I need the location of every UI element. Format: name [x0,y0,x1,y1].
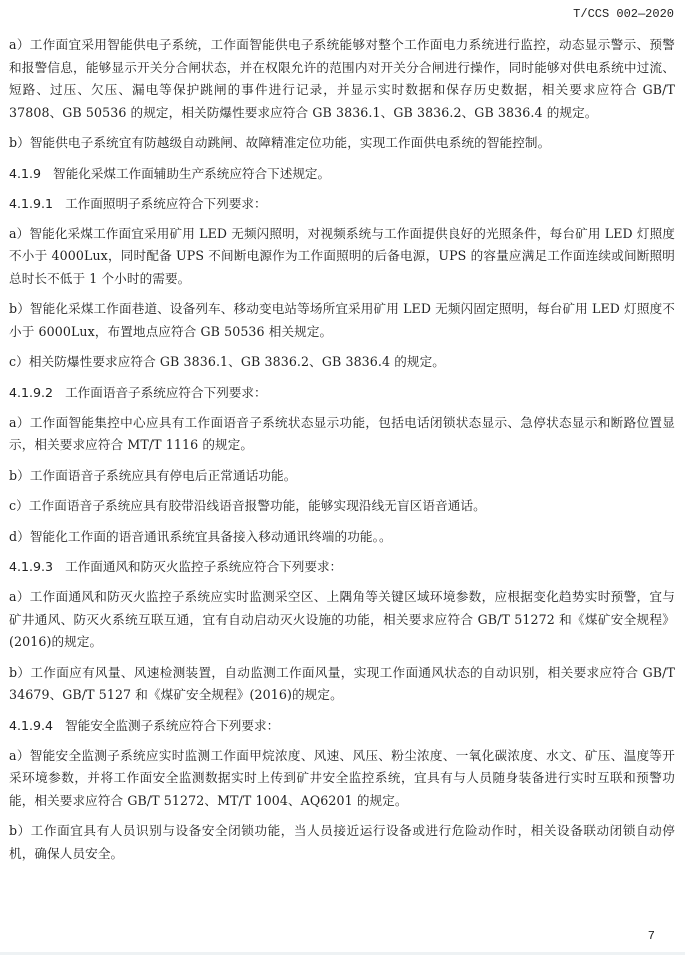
paragraph: b）智能供电子系统宜有防越级自动跳闸、故障精准定位功能，实现工作面供电系统的智能… [9,132,675,155]
paragraph: a）智能化采煤工作面宜采用矿用 LED 无频闪照明，对视频系统与工作面提供良好的… [9,223,675,291]
section-title: 工作面语音子系统应符合下列要求： [65,385,267,400]
document-body: a）工作面宜采用智能供电子系统，工作面智能供电子系统能够对整个工作面电力系统进行… [9,34,675,873]
section-number: 4.1.9.1 [9,193,53,215]
document-code: T/CCS 002—2020 [573,7,674,21]
section-number: 4.1.9.2 [9,382,53,404]
section-heading: 4.1.9.4智能安全监测子系统应符合下列要求： [9,715,675,737]
paragraph: a）智能安全监测子系统应实时监测工作面甲烷浓度、风速、风压、粉尘浓度、一氧化碳浓… [9,745,675,813]
paragraph: c）相关防爆性要求应符合 GB 3836.1、GB 3836.2、GB 3836… [9,351,675,374]
section-heading: 4.1.9智能化采煤工作面辅助生产系统应符合下述规定。 [9,163,675,185]
paragraph: a）工作面宜采用智能供电子系统，工作面智能供电子系统能够对整个工作面电力系统进行… [9,34,675,124]
paragraph: b）智能化采煤工作面巷道、设备列车、移动变电站等场所宜采用矿用 LED 无频闪固… [9,298,675,343]
section-title: 智能化采煤工作面辅助生产系统应符合下述规定。 [53,166,330,181]
section-title: 工作面通风和防灭火监控子系统应符合下列要求： [65,559,342,574]
section-heading: 4.1.9.1工作面照明子系统应符合下列要求： [9,193,675,215]
paragraph: d）智能化工作面的语音通讯系统宜具备接入移动通讯终端的功能。。 [9,526,675,549]
section-number: 4.1.9.4 [9,715,53,737]
section-heading: 4.1.9.3工作面通风和防灭火监控子系统应符合下列要求： [9,556,675,578]
paragraph: a）工作面智能集控中心应具有工作面语音子系统状态显示功能，包括电话闭锁状态显示、… [9,412,675,457]
paragraph: a）工作面通风和防灭火监控子系统应实时监测采空区、上隅角等关键区域环境参数，应根… [9,586,675,654]
page-number: 7 [648,929,655,943]
paragraph: c）工作面语音子系统应具有胶带沿线语音报警功能，能够实现沿线无盲区语音通话。 [9,495,675,518]
section-title: 工作面照明子系统应符合下列要求： [65,196,267,211]
paragraph: b）工作面语音子系统应具有停电后正常通话功能。 [9,465,675,488]
section-number: 4.1.9.3 [9,556,53,578]
paragraph: b）工作面宜具有人员识别与设备安全闭锁功能，当人员接近运行设备或进行危险动作时，… [9,820,675,865]
section-title: 智能安全监测子系统应符合下列要求： [65,718,279,733]
paragraph: b）工作面应有风量、风速检测装置，自动监测工作面风量，实现工作面通风状态的自动识… [9,662,675,707]
section-number: 4.1.9 [9,163,41,185]
section-heading: 4.1.9.2工作面语音子系统应符合下列要求： [9,382,675,404]
